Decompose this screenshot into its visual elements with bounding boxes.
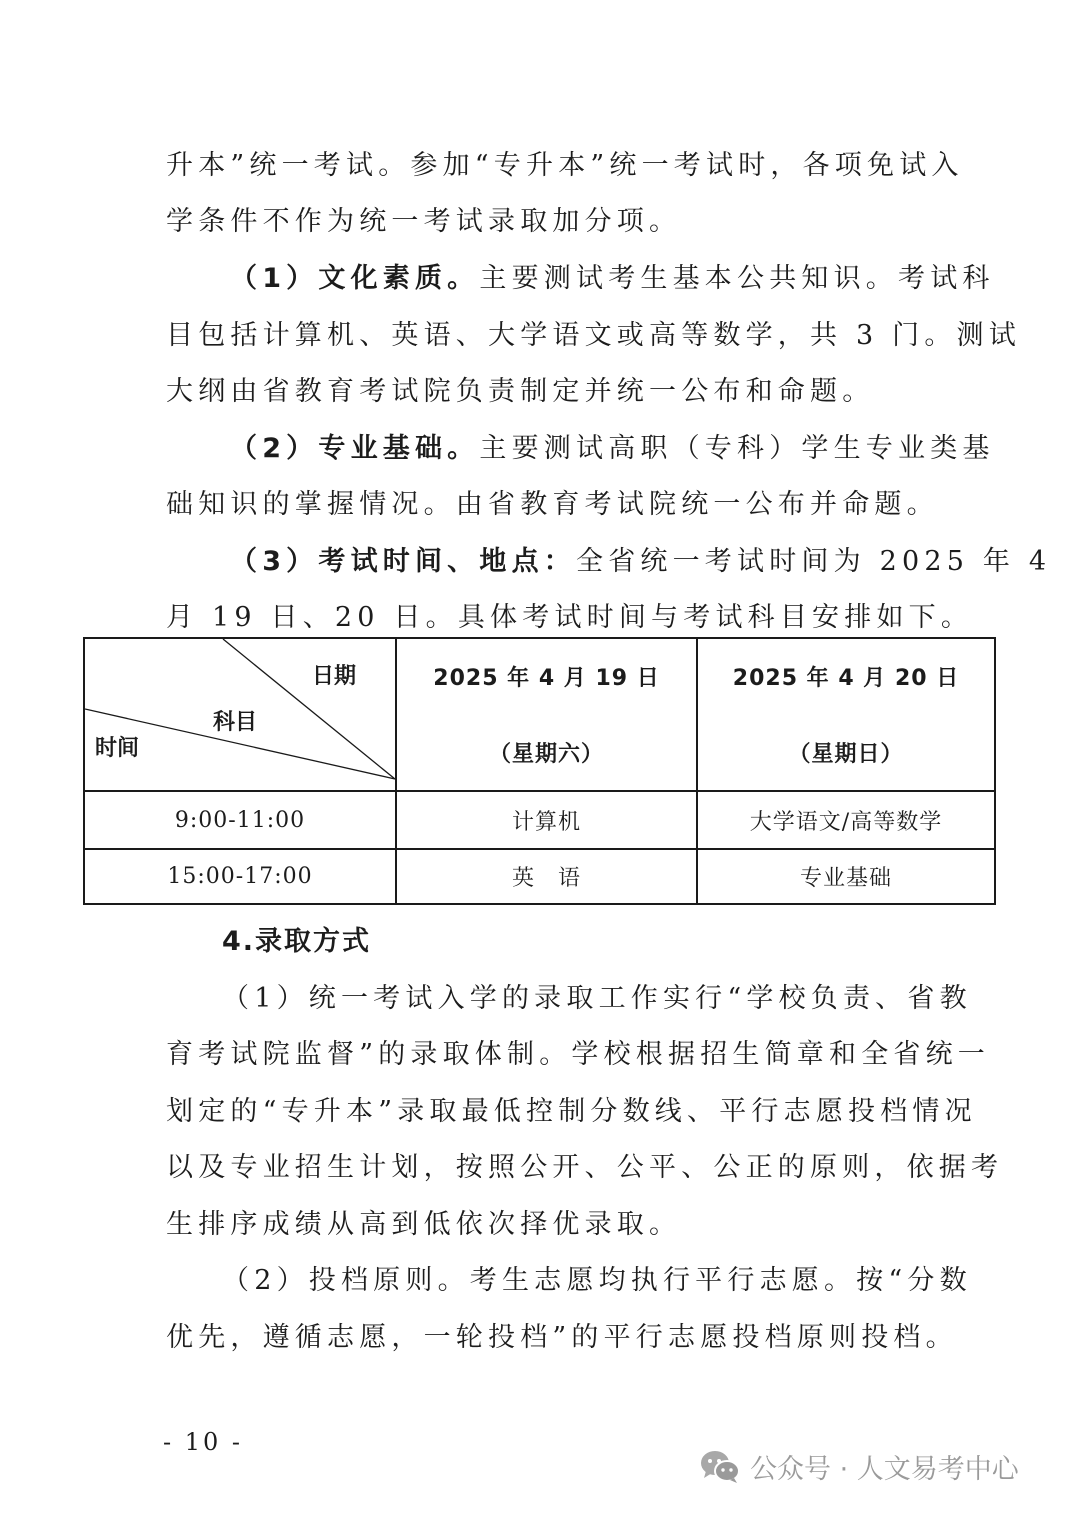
exam-schedule-table: 日期 科目 时间 2025 年 4 月 19 日 （星期六） 2025 年 4 …: [83, 637, 996, 905]
paragraph-line: 础知识的掌握情况。由省教育考试院统一公布并命题。: [166, 485, 939, 525]
subject-cell: 英 语: [397, 850, 696, 903]
corner-label-time: 时间: [95, 731, 139, 762]
paragraph-line: （1）文化素质。主要测试考生基本公共知识。考试科: [230, 259, 995, 299]
subject-cell: 大学语文/高等数学: [698, 792, 994, 848]
column-weekday: （星期六）: [489, 737, 604, 768]
paragraph-line: 目包括计算机、英语、大学语文或高等数学，共 3 门。测试: [166, 316, 1021, 356]
item-label-time-place: （3）考试时间、地点：: [230, 546, 576, 577]
column-header-day1: 2025 年 4 月 19 日 （星期六）: [397, 639, 696, 790]
paragraph-text: 主要测试考生基本公共知识。考试科: [479, 263, 994, 294]
corner-label-subject: 科目: [213, 705, 257, 736]
paragraph-line: 生排序成绩从高到低依次择优录取。: [166, 1205, 681, 1245]
paragraph-line: 优先，遵循志愿，一轮投档”的平行志愿投档原则投档。: [166, 1318, 958, 1358]
paragraph-line: 育考试院监督”的录取体制。学校根据招生简章和全省统一: [166, 1035, 990, 1075]
row-time-cell: 9:00-11:00: [85, 792, 395, 848]
column-date: 2025 年 4 月 20 日: [733, 661, 959, 692]
paragraph-line: 升本”统一考试。参加“专升本”统一考试时，各项免试入: [166, 146, 964, 186]
paragraph-line: 以及专业招生计划，按照公开、公平、公正的原则，依据考: [166, 1148, 1003, 1188]
paragraph-text: 全省统一考试时间为 2025 年 4: [576, 546, 1051, 577]
page-number: - 10 -: [163, 1428, 243, 1456]
corner-label-date: 日期: [312, 659, 356, 690]
column-date: 2025 年 4 月 19 日: [433, 661, 659, 692]
watermark-text: 公众号 · 人文易考中心: [750, 1447, 1019, 1486]
paragraph-line: 学条件不作为统一考试录取加分项。: [166, 202, 681, 242]
watermark: 公众号 · 人文易考中心: [700, 1447, 1019, 1486]
section-heading: 4.录取方式: [222, 922, 371, 962]
paragraph-line: 月 19 日、20 日。具体考试时间与考试科目安排如下。: [166, 598, 973, 638]
column-weekday: （星期日）: [788, 737, 903, 768]
wechat-icon: [700, 1449, 742, 1485]
paragraph-text: 主要测试高职（专科）学生专业类基: [479, 433, 994, 464]
paragraph-line: （2）专业基础。主要测试高职（专科）学生专业类基: [230, 429, 995, 469]
subject-cell: 专业基础: [698, 850, 994, 903]
column-header-day2: 2025 年 4 月 20 日 （星期日）: [698, 639, 994, 790]
item-label-culture: （1）文化素质。: [230, 263, 479, 294]
row-time-cell: 15:00-17:00: [85, 850, 395, 903]
item-label-major: （2）专业基础。: [230, 433, 479, 464]
paragraph-line: （2）投档原则。考生志愿均执行平行志愿。按“分数: [222, 1261, 972, 1301]
subject-cell: 计算机: [397, 792, 696, 848]
paragraph-line: 大纲由省教育考试院负责制定并统一公布和命题。: [166, 372, 874, 412]
paragraph-line: （1）统一考试入学的录取工作实行“学校负责、省教: [222, 979, 972, 1019]
paragraph-line: （3）考试时间、地点：全省统一考试时间为 2025 年 4: [230, 542, 1051, 582]
paragraph-line: 划定的“专升本”录取最低控制分数线、平行志愿投档情况: [166, 1092, 977, 1132]
